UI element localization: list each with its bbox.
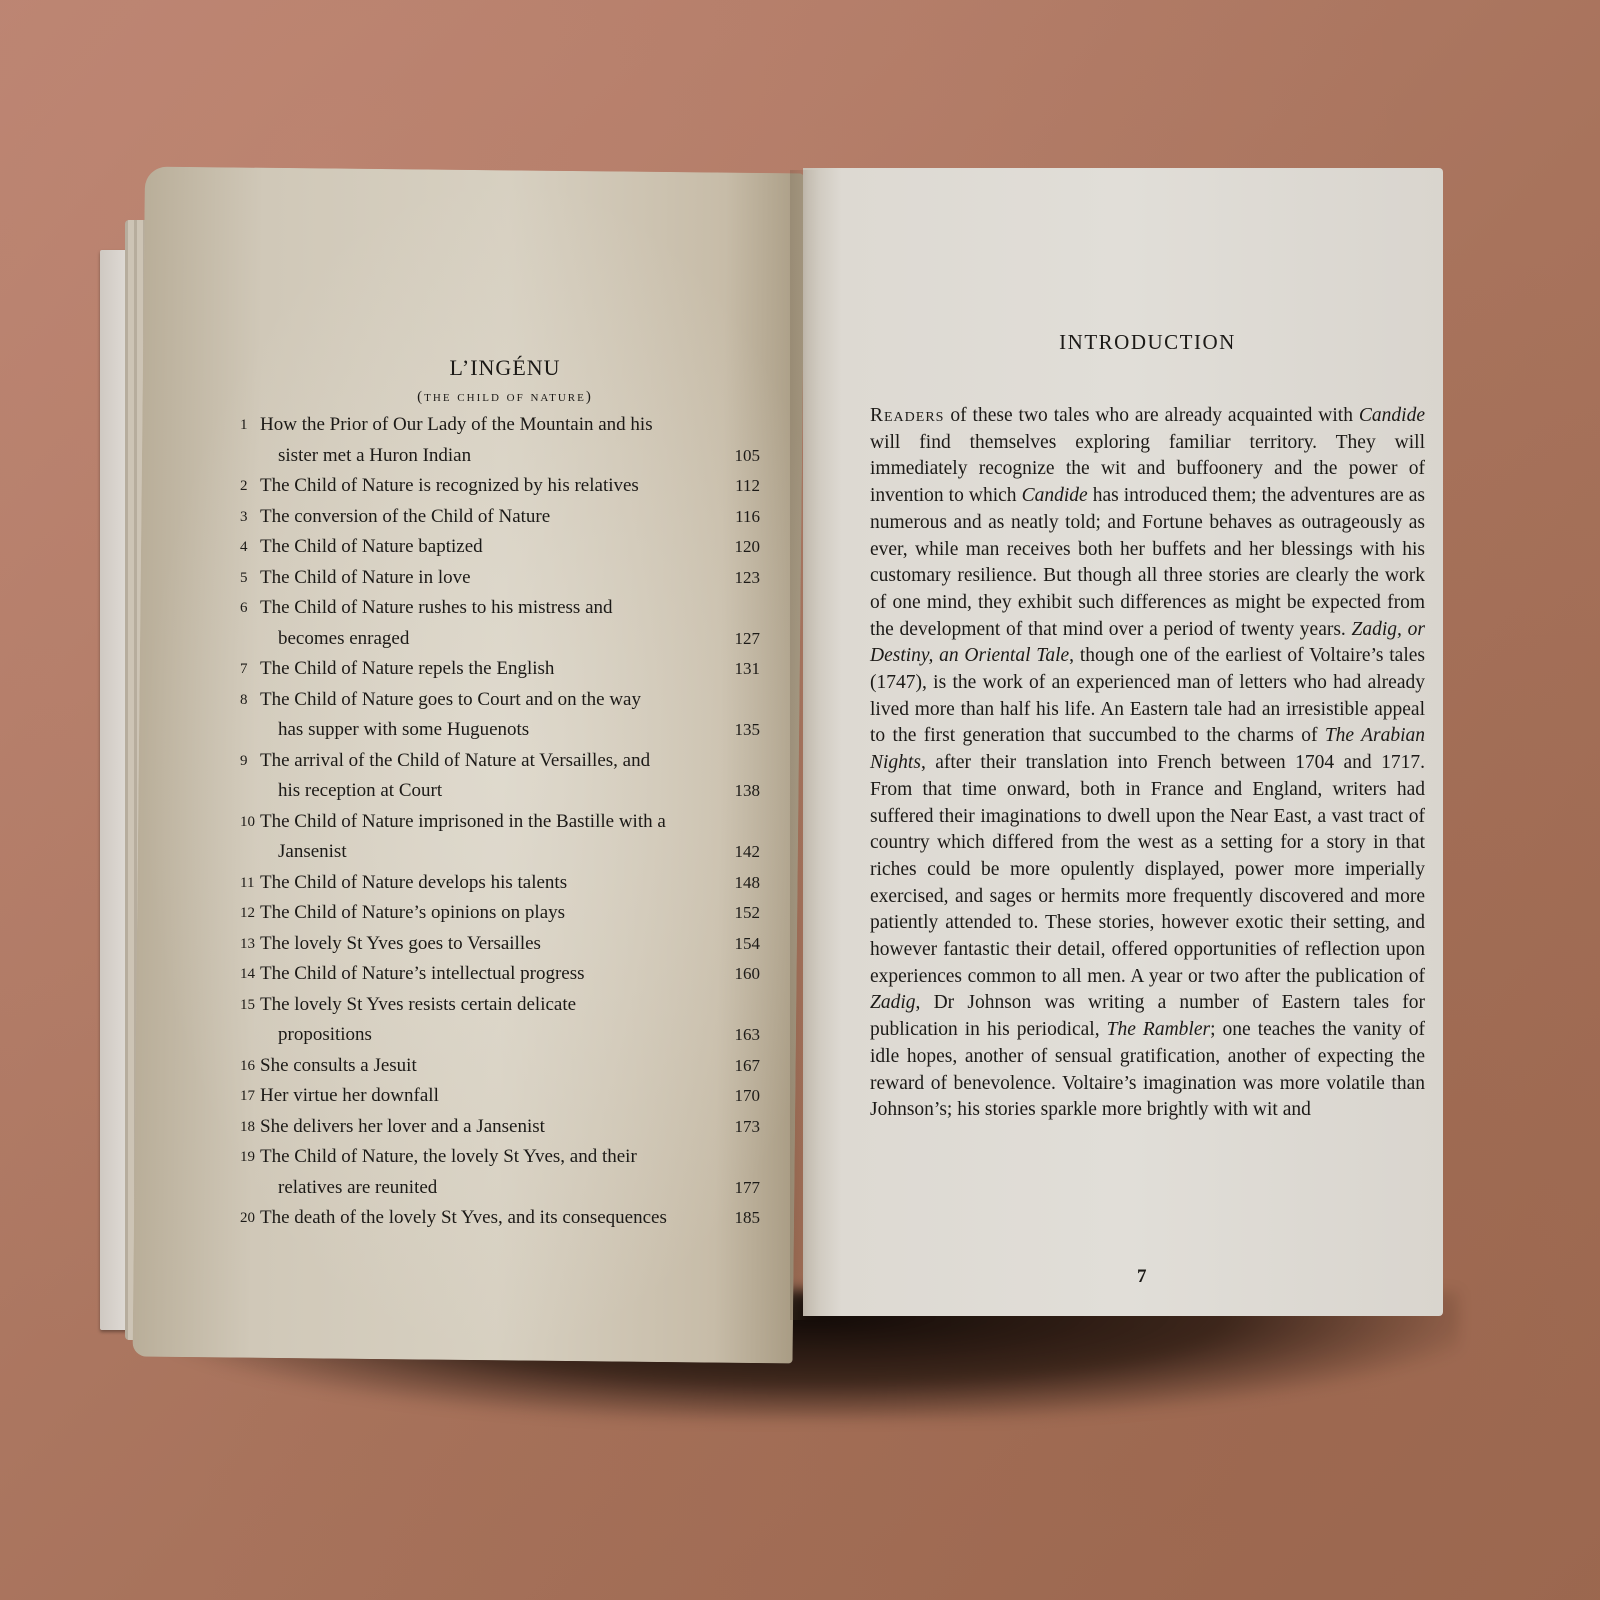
- chapter-title: The lovely St Yves resists certain delic…: [260, 990, 724, 1051]
- chapter-number: 11: [240, 868, 260, 899]
- chapter-entry: 15The lovely St Yves resists certain del…: [240, 990, 760, 1051]
- text-run: has introduced them; the adventures are …: [870, 485, 1425, 640]
- chapter-title-line: sister met a Huron Indian: [260, 441, 724, 472]
- chapter-page: 173: [724, 1112, 760, 1143]
- chapter-entry: 20The death of the lovely St Yves, and i…: [240, 1203, 760, 1234]
- chapter-entry: 2The Child of Nature is recognized by hi…: [240, 471, 760, 502]
- text-run: , after their translation into French be…: [870, 752, 1425, 987]
- book-gutter: [790, 170, 820, 1320]
- chapter-title-line: propositions: [260, 1020, 724, 1051]
- chapter-title: She consults a Jesuit: [260, 1051, 724, 1082]
- chapter-title: The Child of Nature baptized: [260, 532, 724, 563]
- chapter-page: 185: [724, 1203, 760, 1234]
- chapter-number: 18: [240, 1112, 260, 1143]
- chapter-title: The Child of Nature in love: [260, 563, 724, 594]
- chapter-title-line: Jansenist: [260, 837, 724, 868]
- chapter-title-line: The Child of Nature rushes to his mistre…: [260, 593, 724, 624]
- chapter-title-line: The Child of Nature imprisoned in the Ba…: [260, 807, 724, 838]
- chapter-entry: 18She delivers her lover and a Jansenist…: [240, 1112, 760, 1143]
- italic-title: Zadig: [870, 992, 916, 1013]
- chapter-title-line: The Child of Nature goes to Court and on…: [260, 685, 724, 716]
- chapter-number: 4: [240, 532, 260, 563]
- chapter-title-line: How the Prior of Our Lady of the Mountai…: [260, 410, 724, 441]
- chapter-title: The Child of Nature imprisoned in the Ba…: [260, 807, 724, 868]
- chapter-entry: 12The Child of Nature’s opinions on play…: [240, 898, 760, 929]
- chapter-title-line: The death of the lovely St Yves, and its…: [260, 1203, 724, 1234]
- chapter-number: 9: [240, 746, 260, 807]
- chapter-page: 177: [724, 1173, 760, 1204]
- chapter-page: 167: [724, 1051, 760, 1082]
- chapter-title-line: The Child of Nature, the lovely St Yves,…: [260, 1142, 724, 1173]
- chapter-entry: 7The Child of Nature repels the English1…: [240, 654, 760, 685]
- chapter-title: Her virtue her downfall: [260, 1081, 724, 1112]
- chapter-page: 154: [724, 929, 760, 960]
- chapter-title-line: The lovely St Yves resists certain delic…: [260, 990, 724, 1021]
- chapter-number: 16: [240, 1051, 260, 1082]
- introduction-heading: INTRODUCTION: [870, 330, 1425, 355]
- chapter-title-line: The Child of Nature develops his talents: [260, 868, 724, 899]
- chapter-title-line: Her virtue her downfall: [260, 1081, 724, 1112]
- chapter-number: 7: [240, 654, 260, 685]
- chapter-title-line: She delivers her lover and a Jansenist: [260, 1112, 724, 1143]
- chapter-number: 14: [240, 959, 260, 990]
- table-of-contents: L’INGÉNU (the child of nature) 1How the …: [240, 355, 760, 1234]
- chapter-entry: 16She consults a Jesuit167: [240, 1051, 760, 1082]
- chapter-page: 123: [724, 563, 760, 594]
- chapter-title-line: The Child of Nature’s opinions on plays: [260, 898, 724, 929]
- chapter-title: The Child of Nature develops his talents: [260, 868, 724, 899]
- chapter-entry: 13The lovely St Yves goes to Versailles1…: [240, 929, 760, 960]
- chapter-page: 105: [724, 441, 760, 472]
- chapter-title-line: The Child of Nature in love: [260, 563, 724, 594]
- chapter-title: The Child of Nature repels the English: [260, 654, 724, 685]
- chapter-entry: 19The Child of Nature, the lovely St Yve…: [240, 1142, 760, 1203]
- chapter-page: 135: [724, 715, 760, 746]
- text-run: of these two tales who are already acqua…: [944, 405, 1358, 426]
- chapter-list: 1How the Prior of Our Lady of the Mounta…: [240, 410, 760, 1234]
- chapter-title: The death of the lovely St Yves, and its…: [260, 1203, 724, 1234]
- chapter-page: 152: [724, 898, 760, 929]
- chapter-entry: 17Her virtue her downfall170: [240, 1081, 760, 1112]
- chapter-entry: 1How the Prior of Our Lady of the Mounta…: [240, 410, 760, 471]
- chapter-title: The lovely St Yves goes to Versailles: [260, 929, 724, 960]
- chapter-page: 160: [724, 959, 760, 990]
- chapter-number: 13: [240, 929, 260, 960]
- chapter-page: 127: [724, 624, 760, 655]
- italic-title: The Rambler: [1107, 1019, 1210, 1040]
- chapter-entry: 9The arrival of the Child of Nature at V…: [240, 746, 760, 807]
- chapter-number: 15: [240, 990, 260, 1051]
- chapter-page: 148: [724, 868, 760, 899]
- chapter-title: The Child of Nature’s intellectual progr…: [260, 959, 724, 990]
- chapter-number: 20: [240, 1203, 260, 1234]
- chapter-title: The conversion of the Child of Nature: [260, 502, 724, 533]
- chapter-number: 6: [240, 593, 260, 654]
- chapter-entry: 11The Child of Nature develops his talen…: [240, 868, 760, 899]
- italic-title: Candide: [1022, 485, 1088, 506]
- toc-subtitle: (the child of nature): [240, 389, 760, 406]
- page-number: 7: [1137, 1266, 1147, 1288]
- chapter-page: 131: [724, 654, 760, 685]
- chapter-entry: 8The Child of Nature goes to Court and o…: [240, 685, 760, 746]
- chapter-title-line: The arrival of the Child of Nature at Ve…: [260, 746, 724, 777]
- chapter-page: 120: [724, 532, 760, 563]
- chapter-entry: 14The Child of Nature’s intellectual pro…: [240, 959, 760, 990]
- chapter-title: The Child of Nature rushes to his mistre…: [260, 593, 724, 654]
- chapter-title-line: The Child of Nature repels the English: [260, 654, 724, 685]
- chapter-title: The arrival of the Child of Nature at Ve…: [260, 746, 724, 807]
- chapter-page: 170: [724, 1081, 760, 1112]
- chapter-number: 10: [240, 807, 260, 868]
- chapter-title-line: The Child of Nature’s intellectual progr…: [260, 959, 724, 990]
- chapter-title-line: The conversion of the Child of Nature: [260, 502, 724, 533]
- chapter-number: 2: [240, 471, 260, 502]
- chapter-title: The Child of Nature’s opinions on plays: [260, 898, 724, 929]
- chapter-title-line: The lovely St Yves goes to Versailles: [260, 929, 724, 960]
- chapter-number: 3: [240, 502, 260, 533]
- chapter-page: 112: [724, 471, 760, 502]
- chapter-page: 142: [724, 837, 760, 868]
- chapter-title: The Child of Nature goes to Court and on…: [260, 685, 724, 746]
- chapter-title: The Child of Nature, the lovely St Yves,…: [260, 1142, 724, 1203]
- chapter-title-line: has supper with some Huguenots: [260, 715, 724, 746]
- chapter-number: 12: [240, 898, 260, 929]
- chapter-title: The Child of Nature is recognized by his…: [260, 471, 724, 502]
- chapter-number: 5: [240, 563, 260, 594]
- chapter-number: 17: [240, 1081, 260, 1112]
- drop-lead: Readers: [870, 405, 944, 426]
- chapter-page: 163: [724, 1020, 760, 1051]
- chapter-number: 1: [240, 410, 260, 471]
- chapter-number: 19: [240, 1142, 260, 1203]
- chapter-title-line: She consults a Jesuit: [260, 1051, 724, 1082]
- introduction-paragraph: Readers of these two tales who are alrea…: [870, 403, 1425, 1124]
- chapter-page: 116: [724, 502, 760, 533]
- chapter-title-line: relatives are reunited: [260, 1173, 724, 1204]
- chapter-entry: 10The Child of Nature imprisoned in the …: [240, 807, 760, 868]
- chapter-title-line: The Child of Nature baptized: [260, 532, 724, 563]
- chapter-entry: 5The Child of Nature in love123: [240, 563, 760, 594]
- chapter-page: 138: [724, 776, 760, 807]
- chapter-entry: 6The Child of Nature rushes to his mistr…: [240, 593, 760, 654]
- chapter-entry: 4The Child of Nature baptized120: [240, 532, 760, 563]
- toc-title: L’INGÉNU: [240, 355, 760, 381]
- chapter-title-line: his reception at Court: [260, 776, 724, 807]
- chapter-title: How the Prior of Our Lady of the Mountai…: [260, 410, 724, 471]
- chapter-title: She delivers her lover and a Jansenist: [260, 1112, 724, 1143]
- italic-title: Candide: [1359, 405, 1425, 426]
- chapter-number: 8: [240, 685, 260, 746]
- chapter-title-line: The Child of Nature is recognized by his…: [260, 471, 724, 502]
- introduction-section: INTRODUCTION Readers of these two tales …: [870, 330, 1425, 1124]
- chapter-entry: 3The conversion of the Child of Nature11…: [240, 502, 760, 533]
- chapter-title-line: becomes enraged: [260, 624, 724, 655]
